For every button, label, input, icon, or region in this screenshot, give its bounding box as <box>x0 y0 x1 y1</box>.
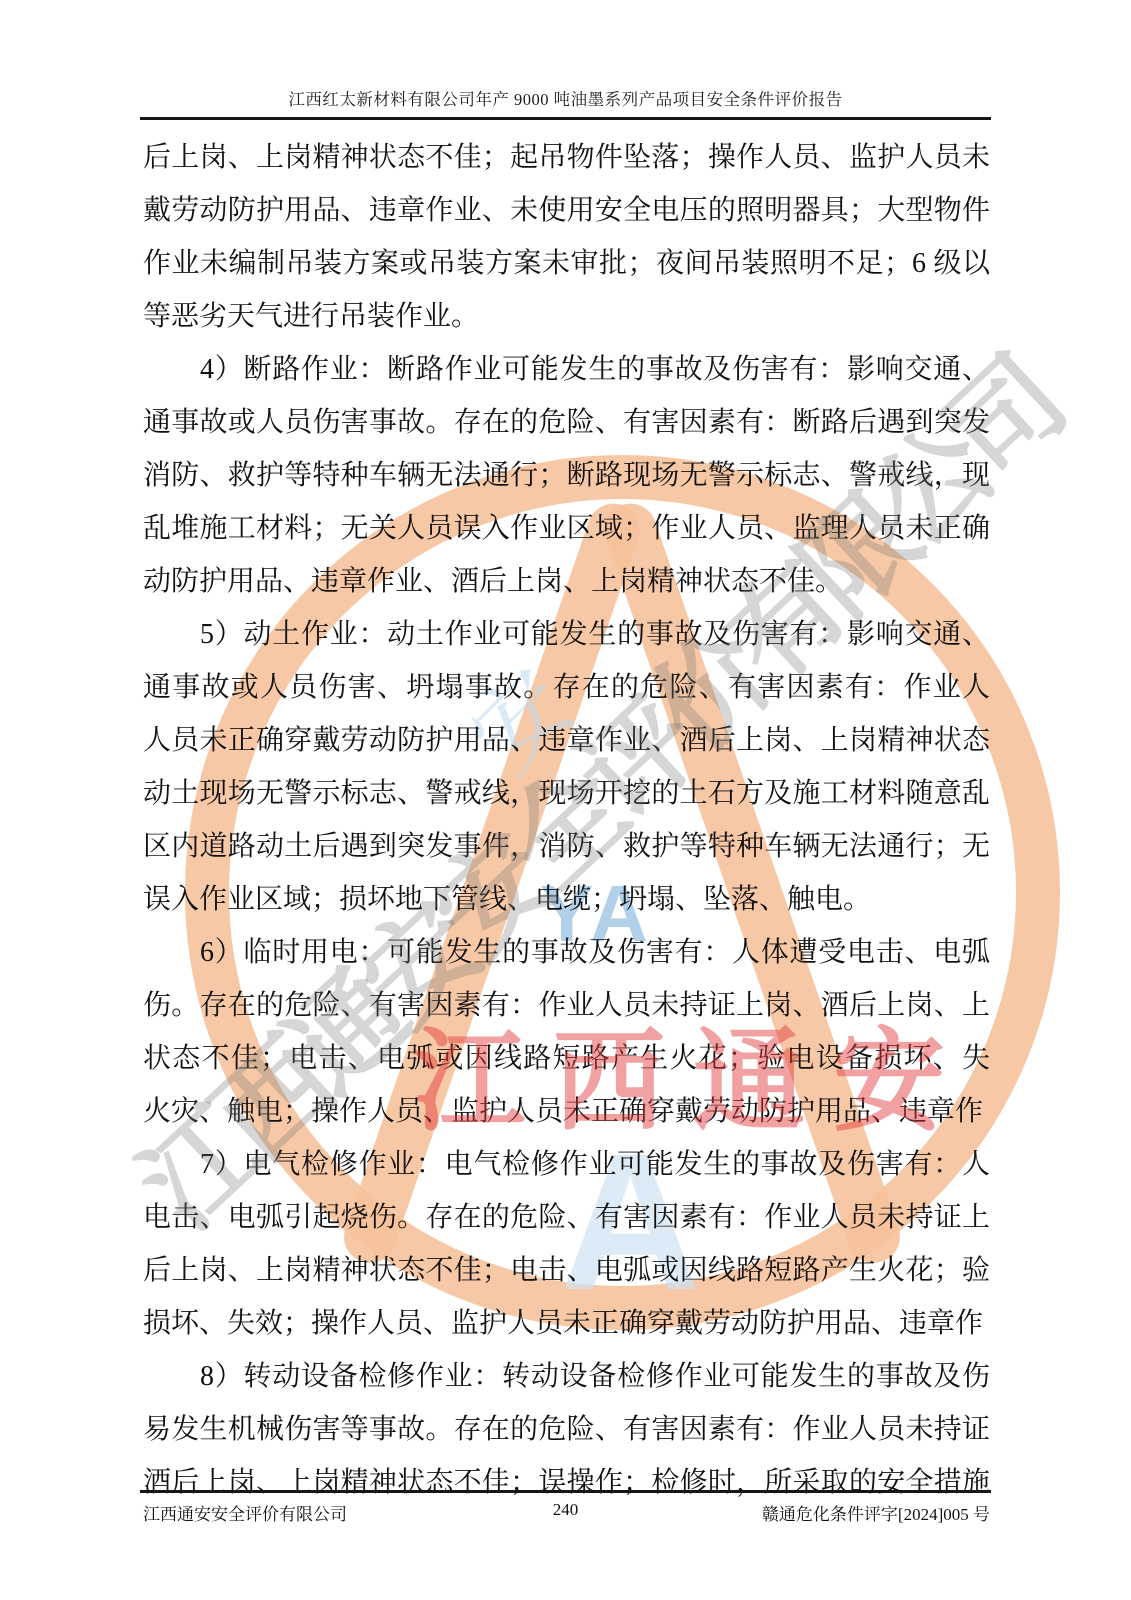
body-line: 乱堆施工材料；无关人员误入作业区域；作业人员、监理人员未正确穿戴劳 <box>143 502 990 555</box>
body-line: 动防护用品、违章作业、酒后上岗、上岗精神状态不佳。 <box>143 555 990 608</box>
body-line: 消防、救护等特种车辆无法通行；断路现场无警示标志、警戒线，现场随意 <box>143 449 990 502</box>
body-line: 4）断路作业：断路作业可能发生的事故及伤害有：影响交通、引发交 <box>143 343 990 396</box>
body-line: 通事故或人员伤害、坍塌事故。存在的危险、有害因素有：作业人员、监理 <box>143 661 990 714</box>
body-line: 等恶劣天气进行吊装作业。 <box>143 290 990 343</box>
body-line: 5）动土作业：动土作业可能发生的事故及伤害有：影响交通、引发交 <box>143 608 990 661</box>
body-line: 电击、电弧引起烧伤。存在的危险、有害因素有：作业人员未持证上岗、酒 <box>143 1191 990 1244</box>
body-line: 状态不佳；电击、电弧或因线路短路产生火花；验电设备损坏、失效；电气 <box>143 1032 990 1085</box>
body-line: 通事故或人员伤害事故。存在的危险、有害因素有：断路后遇到突发事件， <box>143 396 990 449</box>
body-line: 伤。存在的危险、有害因素有：作业人员未持证上岗、酒后上岗、上岗精神 <box>143 979 990 1032</box>
body-line: 动土现场无警示标志、警戒线，现场开挖的土石方及施工材料随意乱堆；厂 <box>143 767 990 820</box>
body-line: 7）电气检修作业：电气检修作业可能发生的事故及伤害有：人体遭受 <box>143 1138 990 1191</box>
body-line: 戴劳动防护用品、违章作业、未使用安全电压的照明器具；大型物件的吊装 <box>143 184 990 237</box>
body-line: 易发生机械伤害等事故。存在的危险、有害因素有：作业人员未持证上岗、 <box>143 1403 990 1456</box>
document-page: 安 YA A 江西红太新材料有限公司年产 9000 吨油墨系列产品项目安全条件评… <box>0 0 1131 1600</box>
body-line: 损坏、失效；操作人员、监护人员未正确穿戴劳动防护用品、违章作业。 <box>143 1297 990 1350</box>
body-line: 火灾、触电；操作人员、监护人员未正确穿戴劳动防护用品、违章作业。 <box>143 1085 990 1138</box>
body-line: 人员未正确穿戴劳动防护用品、违章作业、酒后上岗、上岗精神状态不佳； <box>143 714 990 767</box>
footer-doc-number: 赣通危化条件评字[2024]005 号 <box>762 1500 990 1525</box>
body-line: 6）临时用电：可能发生的事故及伤害有：人体遭受电击、电弧引起烧 <box>143 926 990 979</box>
body-line: 后上岗、上岗精神状态不佳；电击、电弧或因线路短路产生火花；验电设备 <box>143 1244 990 1297</box>
body-line: 后上岗、上岗精神状态不佳；起吊物件坠落；操作人员、监护人员未正确穿 <box>143 131 990 184</box>
body-line: 8）转动设备检修作业：转动设备检修作业可能发生的事故及伤害有： <box>143 1350 990 1403</box>
page-header-title: 江西红太新材料有限公司年产 9000 吨油墨系列产品项目安全条件评价报告 <box>0 86 1131 110</box>
body-line: 区内道路动土后遇到突发事件，消防、救护等特种车辆无法通行；无关人员 <box>143 820 990 873</box>
body-text-block: 后上岗、上岗精神状态不佳；起吊物件坠落；操作人员、监护人员未正确穿戴劳动防护用品… <box>143 131 990 1509</box>
header-divider <box>140 117 991 120</box>
body-line: 误入作业区域；损坏地下管线、电缆；坍塌、坠落、触电。 <box>143 873 990 926</box>
footer-divider <box>140 1490 991 1493</box>
body-line: 作业未编制吊装方案或吊装方案未审批；夜间吊装照明不足；6 级以上大风 <box>143 237 990 290</box>
